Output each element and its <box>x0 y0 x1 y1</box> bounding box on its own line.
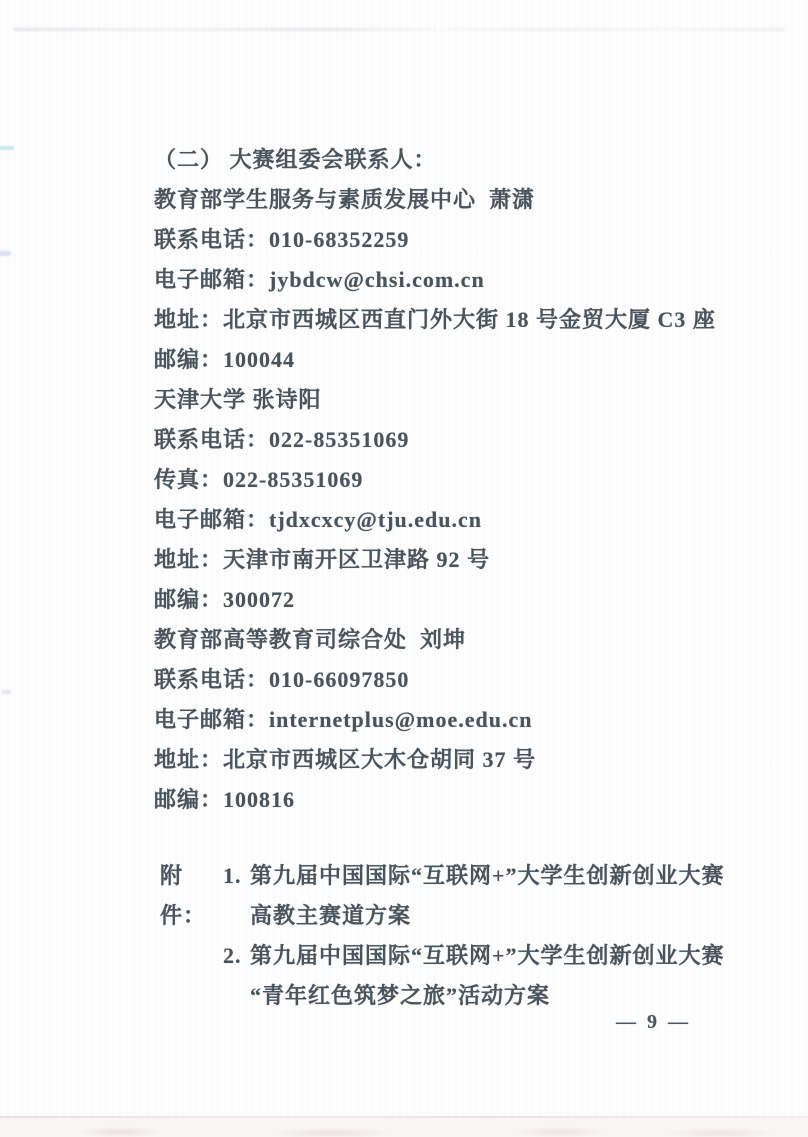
contact-org-name: 教育部高等教育司综合处 刘坤 <box>154 620 754 660</box>
document-body: （二） 大赛组委会联系人： 教育部学生服务与素质发展中心 萧潇 联系电话：010… <box>154 140 754 820</box>
contact-detail-line: 联系电话：010-66097850 <box>154 660 754 700</box>
contact-detail-line: 地址：北京市西城区西直门外大街 18 号金贸大厦 C3 座 <box>154 300 754 340</box>
attachment-item-title: 第九届中国国际“互联网+”大学生创新创业大赛 <box>250 936 760 976</box>
attachment-item-number: 2. <box>223 936 250 976</box>
attachment-item-title: 第九届中国国际“互联网+”大学生创新创业大赛 <box>250 856 760 896</box>
scan-bleedthrough-smudge <box>14 28 784 31</box>
page-number: — 9 — <box>616 1008 691 1036</box>
contact-detail-line: 地址：北京市西城区大木仓胡同 37 号 <box>154 740 754 780</box>
scan-edge-mark <box>2 690 11 694</box>
contact-detail-line: 地址：天津市南开区卫津路 92 号 <box>154 540 754 580</box>
contact-detail-line: 联系电话：010-68352259 <box>154 220 754 260</box>
attachments-section: 附件： 1. 第九届中国国际“互联网+”大学生创新创业大赛 高教主赛道方案 2.… <box>160 856 760 1016</box>
scan-bottom-edge-band <box>0 1118 808 1137</box>
contact-org-name: 教育部学生服务与素质发展中心 萧潇 <box>154 180 754 220</box>
attachment-item-number: 1. <box>223 856 250 896</box>
contact-detail-line: 传真：022-85351069 <box>154 460 754 500</box>
contact-detail-line: 邮编：300072 <box>154 580 754 620</box>
attachment-item-title-continued: 高教主赛道方案 <box>250 896 760 936</box>
contact-detail-line: 电子邮箱：internetplus@moe.edu.cn <box>154 700 754 740</box>
contact-detail-line: 邮编：100044 <box>154 340 754 380</box>
section-heading: （二） 大赛组委会联系人： <box>154 140 754 180</box>
attachments-label: 附件： <box>160 856 223 896</box>
scanned-document-page: （二） 大赛组委会联系人： 教育部学生服务与素质发展中心 萧潇 联系电话：010… <box>0 0 808 1137</box>
contact-detail-line: 电子邮箱：jybdcw@chsi.com.cn <box>154 260 754 300</box>
scan-edge-mark <box>0 146 14 150</box>
scan-edge-mark <box>0 251 11 256</box>
contact-detail-line: 联系电话：022-85351069 <box>154 420 754 460</box>
contact-org-name: 天津大学 张诗阳 <box>154 380 754 420</box>
contact-detail-line: 邮编：100816 <box>154 780 754 820</box>
contact-detail-line: 电子邮箱：tjdxcxcy@tju.edu.cn <box>154 500 754 540</box>
